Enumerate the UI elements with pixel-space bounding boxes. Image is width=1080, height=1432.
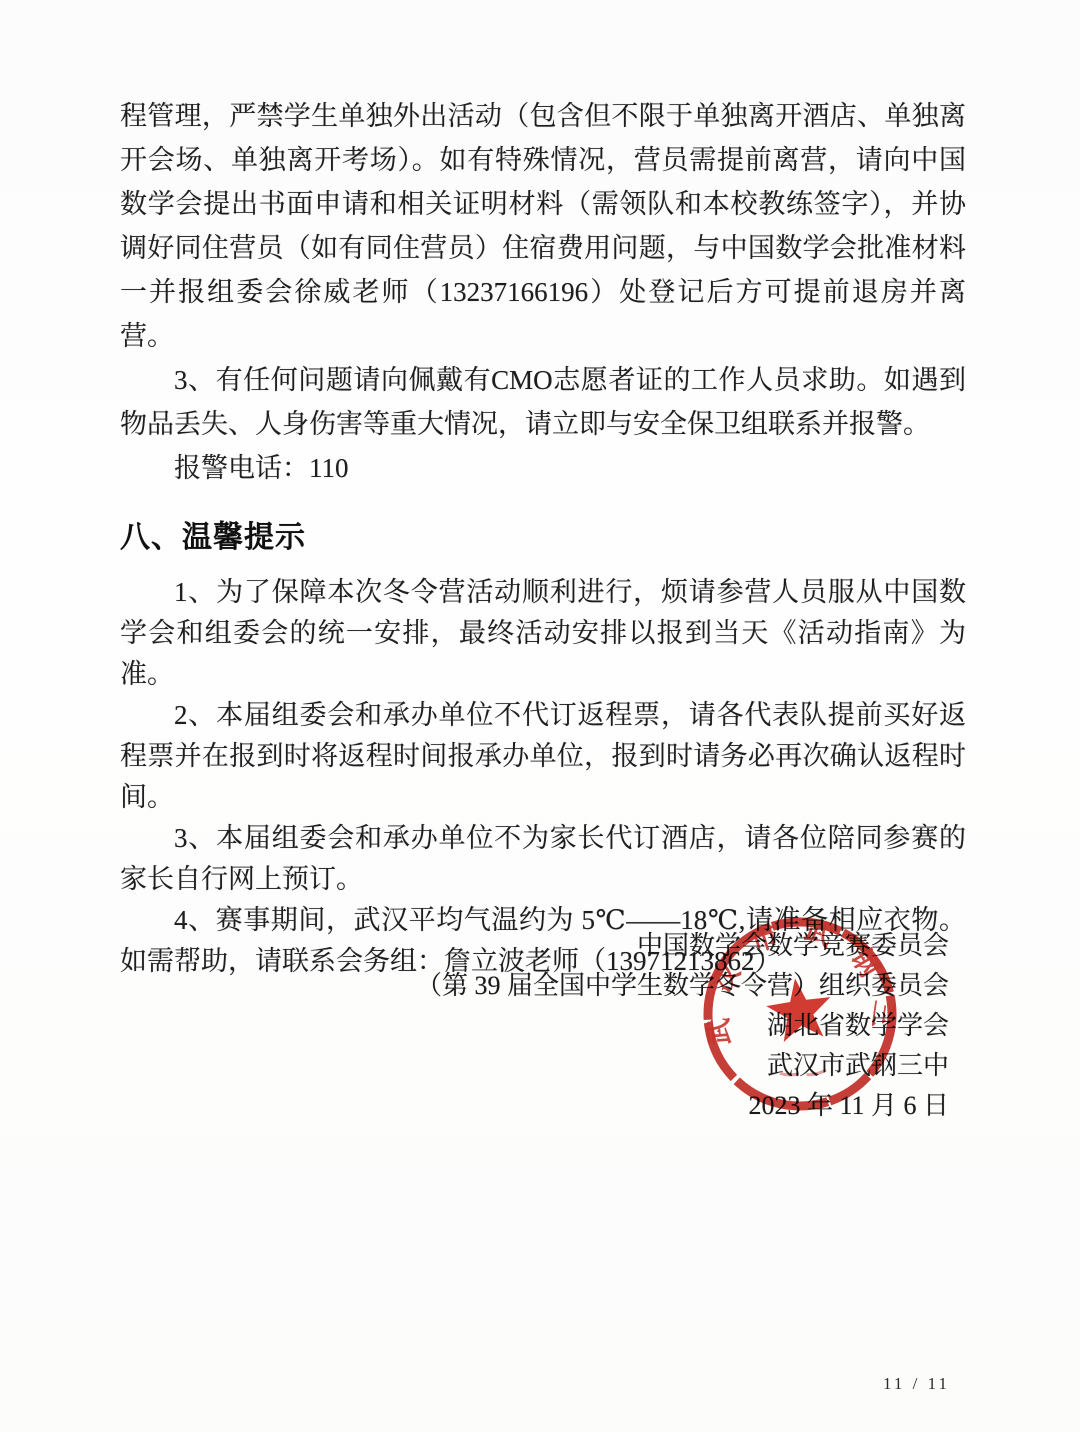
- signature-line-hubei-society: 湖北省数学学会: [416, 1006, 949, 1046]
- signature-line-school: 武汉市武钢三中: [416, 1046, 949, 1086]
- police-phone-line: 报警电话：110: [120, 446, 966, 490]
- paragraph-continuation: 程管理，严禁学生单独外出活动（包含但不限于单独离开酒店、单独离开会场、单独离开考…: [120, 94, 966, 358]
- tip-item-3: 3、本届组委会和承办单位不为家长代订酒店，请各位陪同参赛的家长自行网上预订。: [120, 818, 966, 900]
- tip-item-1: 1、为了保障本次冬令营活动顺利进行，烦请参营人员服从中国数学会和组委会的统一安排…: [120, 572, 966, 695]
- signature-line-committee: 中国数学会数学竞赛委员会: [416, 926, 949, 966]
- page-number: 11 / 11: [883, 1374, 950, 1394]
- paragraph-safety-item: 3、有任何问题请向佩戴有CMO志愿者证的工作人员求助。如遇到物品丢失、人身伤害等…: [120, 358, 966, 446]
- tip-item-2: 2、本届组委会和承办单位不代订返程票，请各代表队提前买好返程票并在报到时将返程时…: [120, 695, 966, 818]
- body-text: 程管理，严禁学生单独外出活动（包含但不限于单独离开酒店、单独离开会场、单独离开考…: [120, 94, 966, 982]
- document-page: 程管理，严禁学生单独外出活动（包含但不限于单独离开酒店、单独离开会场、单独离开考…: [0, 0, 1080, 1432]
- signature-line-organizing-committee: （第 39 届全国中学生数学冬令营）组织委员会: [416, 966, 949, 1006]
- section-heading: 八、温馨提示: [120, 516, 966, 560]
- tips-list: 1、为了保障本次冬令营活动顺利进行，烦请参营人员服从中国数学会和组委会的统一安排…: [120, 572, 966, 982]
- signature-block: 中国数学会数学竞赛委员会 （第 39 届全国中学生数学冬令营）组织委员会 湖北省…: [416, 926, 949, 1126]
- signature-date: 2023 年 11 月 6 日: [416, 1086, 949, 1126]
